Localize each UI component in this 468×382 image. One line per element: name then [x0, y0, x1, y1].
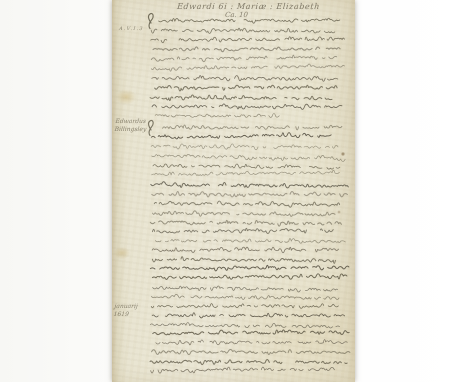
handwriting-line: [155, 113, 279, 117]
handwriting-line: [152, 349, 350, 355]
margin-note-line: januarij: [114, 303, 138, 311]
margin-note-line: A.V.I.3: [119, 27, 144, 32]
handwriting-line: [150, 359, 347, 365]
manuscript-page: Edwardi 6i : Mariæ : Elizabeth Ca. 10 A.…: [112, 0, 355, 382]
handwriting-line: [155, 85, 337, 91]
handwriting-line: [151, 64, 344, 72]
handwriting-line: [151, 144, 338, 151]
handwriting-line: [153, 285, 343, 292]
handwriting-line: [152, 170, 340, 176]
handwriting-line: [151, 55, 340, 63]
handwriting-line: [151, 182, 349, 189]
handwriting-line: [153, 211, 341, 218]
handwriting-line: [150, 265, 349, 271]
page-header: Edwardi 6i : Mariæ : Elizabeth Ca. 10: [142, 2, 355, 19]
handwriting-line: [151, 303, 338, 309]
running-title: Edwardi 6i : Mariæ : Elizabeth: [142, 2, 356, 11]
margin-note-line: 1619: [113, 311, 137, 319]
handwriting-line: [152, 274, 347, 281]
chapter-number: Ca. 10: [130, 11, 344, 19]
manuscript-photo: Edwardi 6i : Mariæ : Elizabeth Ca. 10 A.…: [0, 0, 468, 382]
handwriting-line: [152, 75, 338, 81]
handwriting-line: [152, 191, 348, 196]
handwriting-line: [150, 95, 336, 102]
handwriting-line: [152, 247, 338, 253]
handwriting-line: [152, 313, 344, 318]
handwriting-line: [163, 124, 342, 130]
margin-note-reference: A.V.I.3: [119, 27, 144, 32]
handwriting-line: [151, 37, 345, 43]
handwriting-line: [153, 163, 340, 169]
handwriting-line: [152, 153, 346, 161]
handwriting-line: [150, 220, 341, 227]
handwriting-line: [153, 46, 340, 51]
margin-note-date: januarij 1619: [113, 303, 138, 318]
handwriting-line: [151, 28, 335, 35]
handwriting-line: [152, 256, 339, 263]
handwriting-line: [152, 227, 337, 234]
handwriting-line: [156, 340, 348, 345]
handwriting-line: [151, 132, 338, 139]
handwriting-line: [154, 201, 339, 208]
handwriting-svg: [112, 0, 355, 382]
handwriting-line: [151, 366, 335, 373]
handwriting-line: [155, 238, 345, 243]
handwriting-line: [148, 120, 153, 135]
handwriting-line: [150, 322, 339, 329]
margin-note-line: Billingsley: [114, 126, 147, 134]
margin-note-line: Edwardus: [115, 118, 148, 126]
handwriting-line: [152, 104, 342, 110]
handwriting-line: [151, 294, 339, 300]
handwriting-line: [153, 329, 349, 336]
margin-note-name: Edwardus Billingsley: [114, 118, 147, 133]
